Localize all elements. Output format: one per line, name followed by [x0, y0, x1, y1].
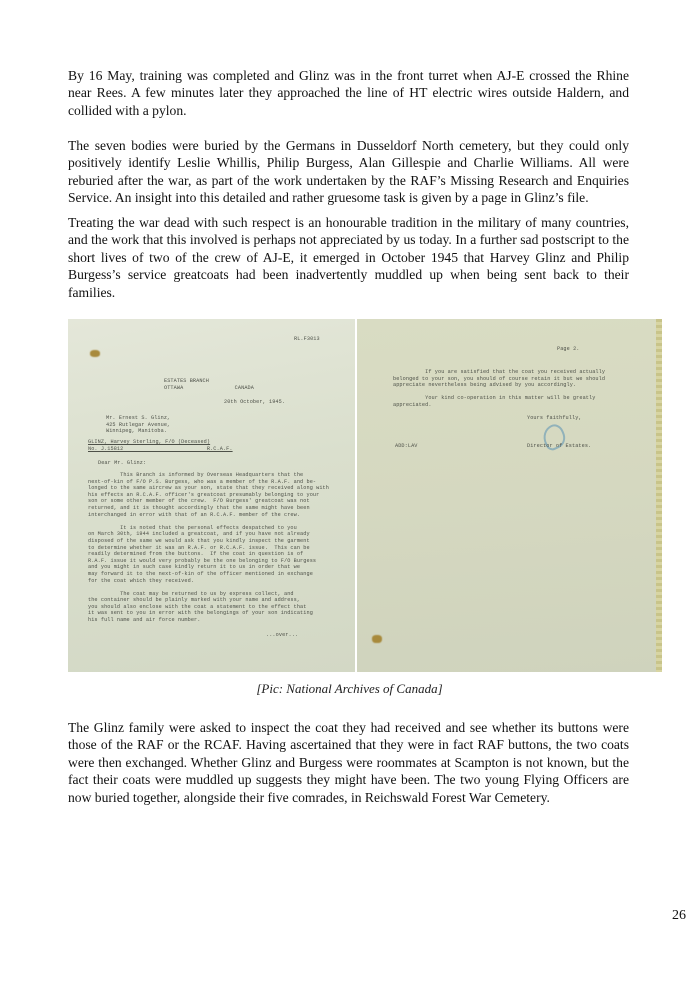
- letter-continued: ...over...: [266, 632, 298, 639]
- page-number: 26: [672, 908, 686, 924]
- paragraph-training-crash: By 16 May, training was completed and Gl…: [68, 67, 629, 119]
- letter-page-2-photo: Page 2. If you are satisfied that the co…: [357, 319, 662, 672]
- letter-initials: ADD:LAV: [395, 443, 418, 450]
- paragraph-coat-exchange: The Glinz family were asked to inspect t…: [68, 719, 629, 806]
- letter-body: This Branch is informed by Overseas Head…: [88, 472, 329, 624]
- letter-closing: Yours faithfully,: [527, 415, 582, 422]
- letter-header: ESTATES BRANCH OTTAWA CANADA: [164, 378, 254, 391]
- letter-date: 20th October, 1945.: [224, 399, 285, 406]
- archive-letters-figure: RL.F3013 ESTATES BRANCH OTTAWA CANADA 20…: [68, 319, 662, 672]
- paragraph-burial: The seven bodies were buried by the Germ…: [68, 137, 629, 207]
- letter-page-1-photo: RL.F3013 ESTATES BRANCH OTTAWA CANADA 20…: [68, 319, 355, 672]
- paragraph-greatcoats: Treating the war dead with such respect …: [68, 214, 629, 301]
- letter-signatory: Director of Estates.: [527, 443, 591, 450]
- letter-salutation: Dear Mr. Glinz:: [98, 460, 146, 467]
- figure-caption: [Pic: National Archives of Canada]: [0, 681, 699, 697]
- letter-address: Mr. Ernest S. Glinz, 425 Rutlegar Avenue…: [106, 415, 170, 435]
- letter-page-label: Page 2.: [557, 346, 580, 353]
- paper-stain: [372, 635, 382, 643]
- letter-reference: RL.F3013: [294, 336, 320, 343]
- letter-page2-body: If you are satisfied that the coat you r…: [393, 369, 605, 409]
- paper-stain: [90, 350, 100, 357]
- letter-subject: GLINZ, Harvey Sterling, F/O (Deceased) N…: [88, 439, 233, 452]
